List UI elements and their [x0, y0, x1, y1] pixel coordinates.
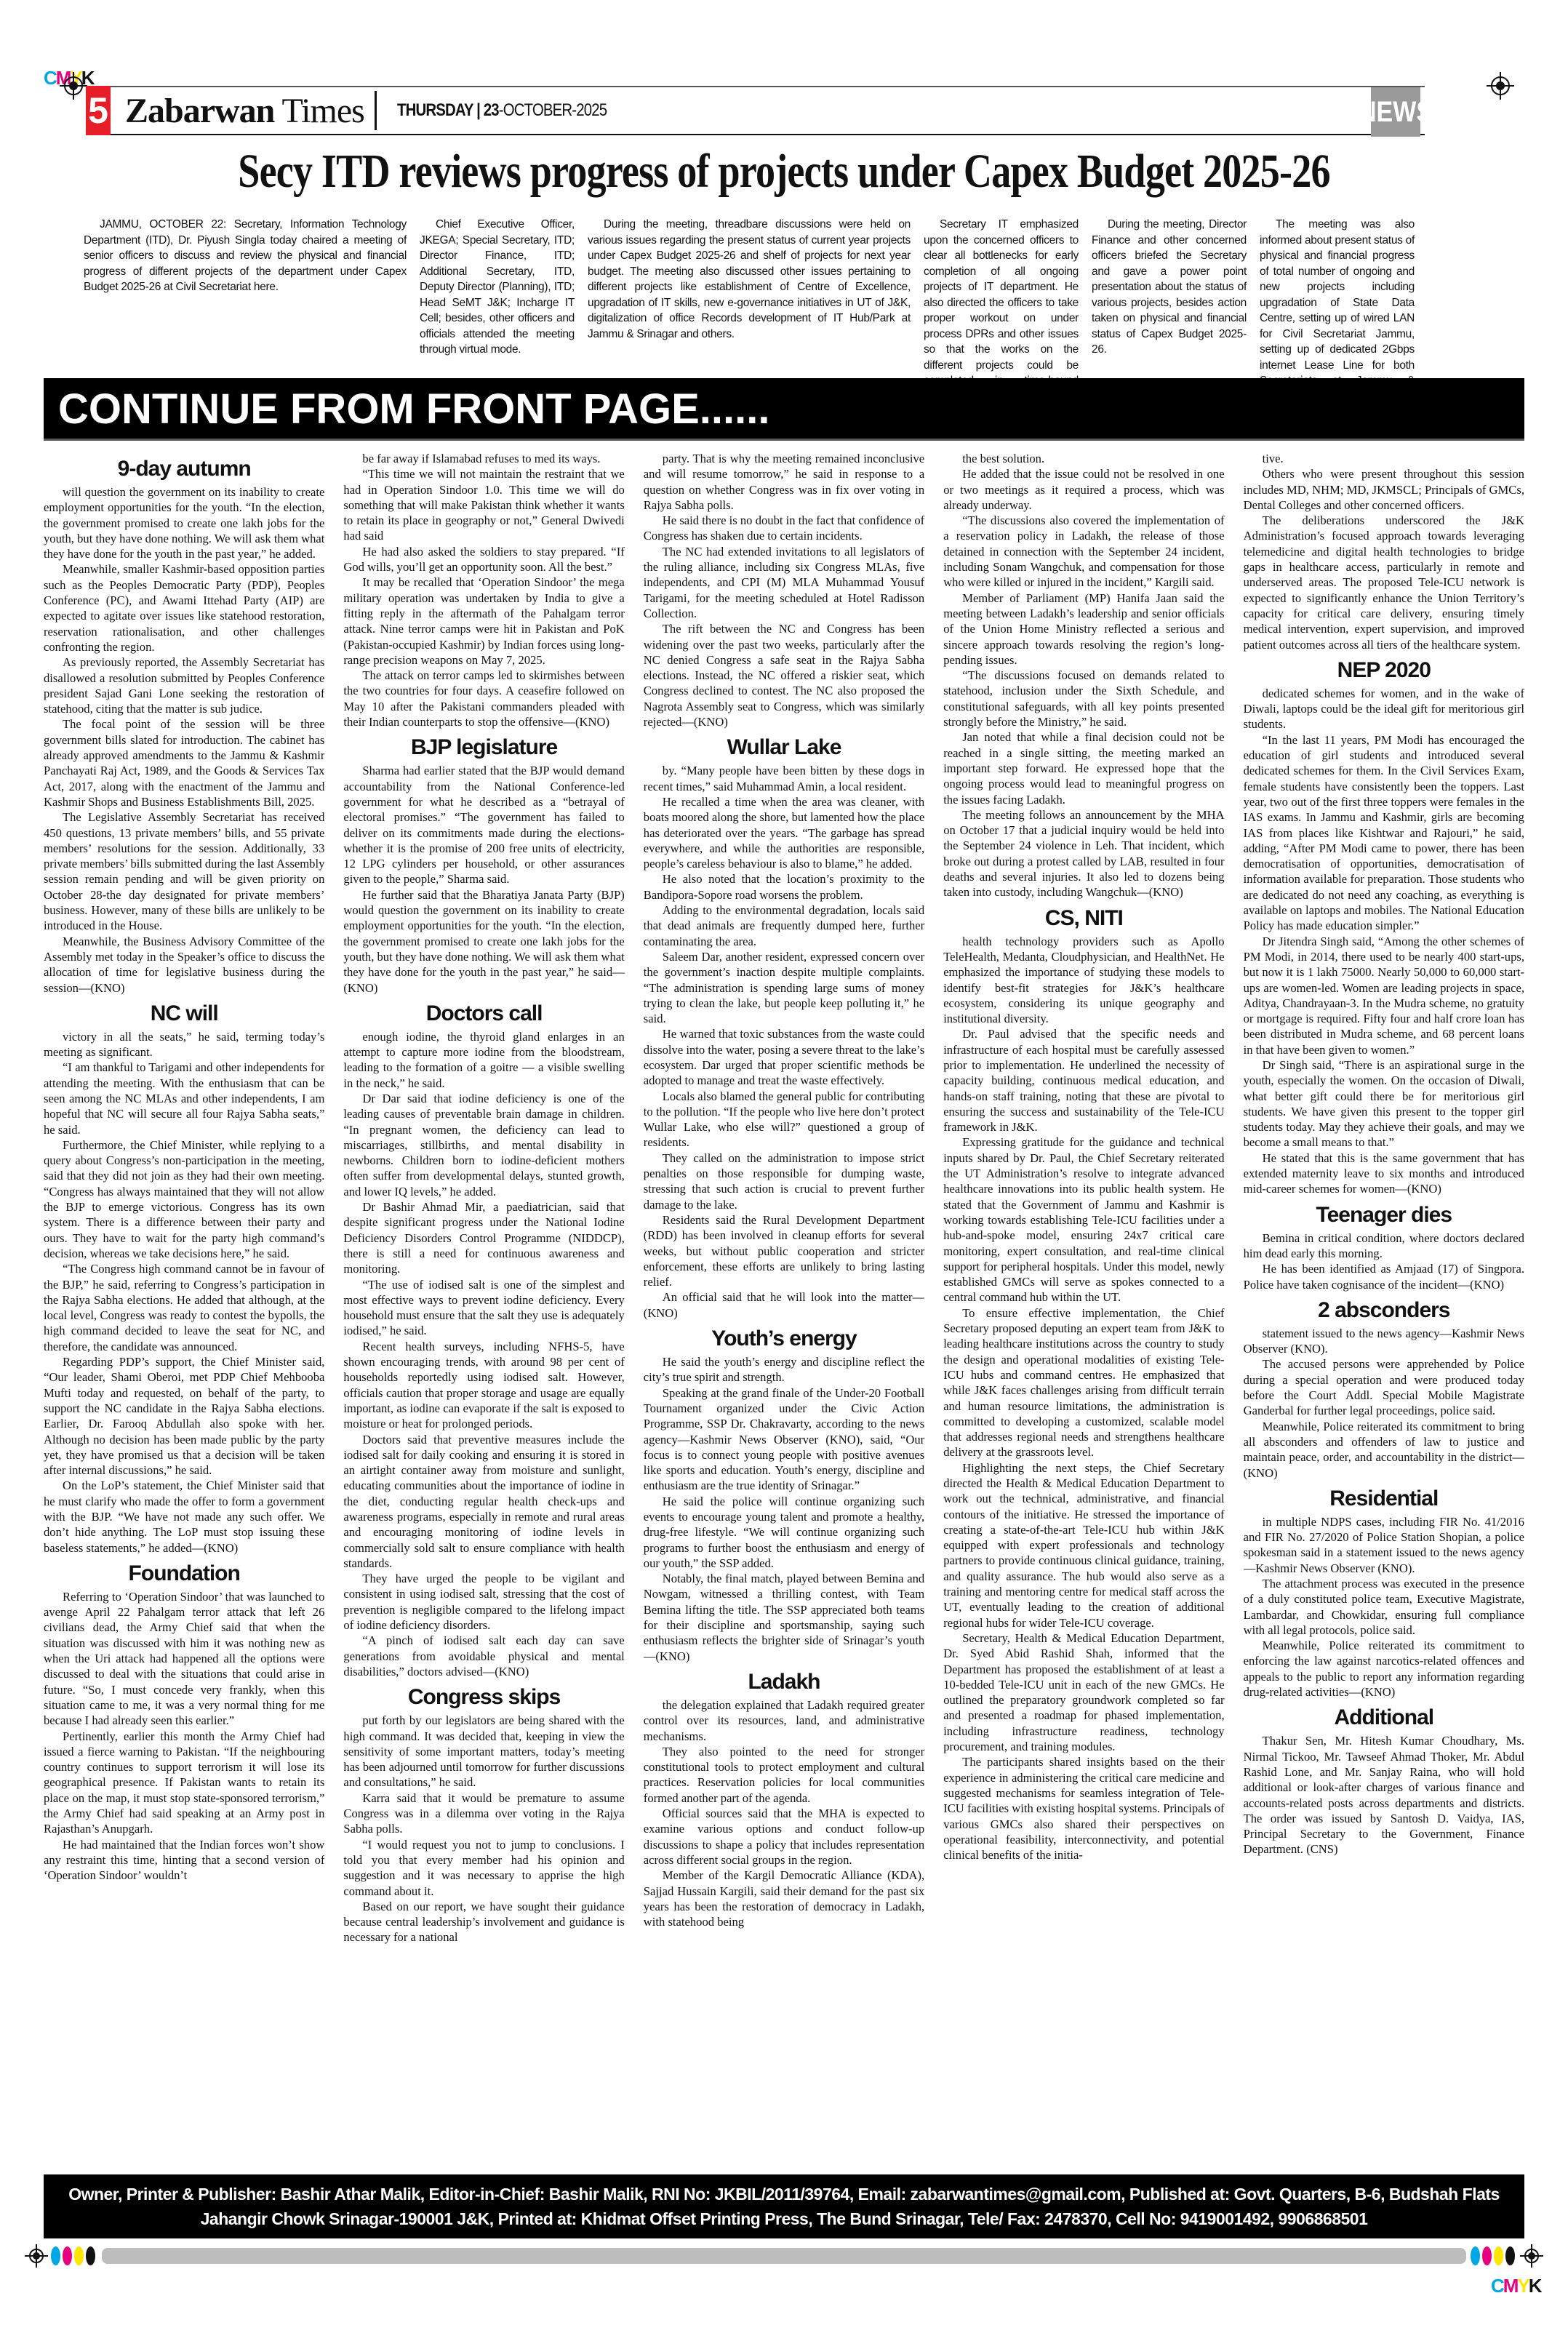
- story-heading: Doctors call: [343, 1001, 624, 1026]
- story-paragraph: enough iodine, the thyroid gland enlarge…: [343, 1029, 624, 1091]
- column-1: 9-day autumnwill question the government…: [44, 451, 324, 2171]
- story-paragraph: He added that the issue could not be res…: [943, 466, 1224, 513]
- story-paragraph: As previously reported, the Assembly Sec…: [44, 655, 324, 716]
- story-paragraph: They called on the administration to imp…: [644, 1151, 924, 1212]
- story-paragraph: tive.: [1244, 451, 1524, 466]
- newspaper-logo: Zabarwan Times: [125, 91, 364, 131]
- column-3: party. That is why the meeting remained …: [644, 451, 924, 2171]
- story-paragraph: He recalled a time when the area was cle…: [644, 794, 924, 871]
- story-paragraph: “I would request you not to jump to conc…: [343, 1837, 624, 1899]
- story-heading: Ladakh: [644, 1670, 924, 1694]
- story-paragraph: Dr Jitendra Singh said, “Among the other…: [1244, 934, 1524, 1057]
- black-swatch: [1505, 2246, 1515, 2265]
- column-4: the best solution.He added that the issu…: [943, 451, 1224, 2171]
- registration-mark-icon: [29, 2249, 44, 2263]
- story-paragraph: Residents said the Rural Development Dep…: [644, 1212, 924, 1289]
- imprint-footer: Owner, Printer & Publisher: Bashir Athar…: [44, 2174, 1524, 2238]
- story-paragraph: The meeting follows an announcement by t…: [943, 807, 1224, 900]
- story-heading: Congress skips: [343, 1685, 624, 1710]
- story-heading: Residential: [1244, 1486, 1524, 1511]
- yellow-swatch: [74, 2246, 84, 2265]
- story-paragraph: He said the youth’s energy and disciplin…: [644, 1354, 924, 1385]
- cmyk-k: K: [1529, 2275, 1541, 2297]
- cmyk-y: Y: [1517, 2275, 1528, 2297]
- story-heading: Wullar Lake: [644, 735, 924, 760]
- black-swatch: [86, 2246, 95, 2265]
- story-paragraph: Locals also blamed the general public fo…: [644, 1089, 924, 1151]
- story-paragraph: health technology providers such as Apol…: [943, 934, 1224, 1027]
- print-color-bar: [29, 2246, 1539, 2266]
- story-paragraph: Official sources said that the MHA is ex…: [644, 1806, 924, 1868]
- registration-mark-icon: [1491, 76, 1510, 95]
- dateline-month-year: -OCTOBER-2025: [499, 100, 607, 120]
- story-paragraph: the delegation explained that Ladakh req…: [644, 1697, 924, 1744]
- story-paragraph: Karra said that it would be premature to…: [343, 1790, 624, 1837]
- story-paragraph: Member of the Kargil Democratic Alliance…: [644, 1868, 924, 1929]
- story-paragraph: Notably, the final match, played between…: [644, 1571, 924, 1664]
- story-paragraph: party. That is why the meeting remained …: [644, 451, 924, 513]
- story-paragraph: dedicated schemes for women, and in the …: [1244, 686, 1524, 732]
- story-paragraph: He said the police will continue organiz…: [644, 1494, 924, 1571]
- story-heading: BJP legislature: [343, 735, 624, 760]
- story-paragraph: will question the government on its inab…: [44, 484, 324, 561]
- story-paragraph: To ensure effective implementation, the …: [943, 1305, 1224, 1460]
- yellow-swatch: [1494, 2246, 1503, 2265]
- registration-mark-icon: [64, 76, 83, 95]
- column-5: tive.Others who were present throughout …: [1244, 451, 1524, 2171]
- story-heading: 2 absconders: [1244, 1298, 1524, 1323]
- story-paragraph: Sharma had earlier stated that the BJP w…: [343, 763, 624, 887]
- story-paragraph: “A pinch of iodised salt each day can sa…: [343, 1633, 624, 1679]
- story-paragraph: the best solution.: [943, 451, 1224, 466]
- story-heading: 9-day autumn: [44, 457, 324, 481]
- story-paragraph: “The discussions also covered the implem…: [943, 513, 1224, 590]
- story-paragraph: Member of Parliament (MP) Hanifa Jaan sa…: [943, 591, 1224, 668]
- story-paragraph: by. “Many people have been bitten by the…: [644, 763, 924, 794]
- story-paragraph: The deliberations underscored the J&K Ad…: [1244, 513, 1524, 652]
- registration-mark-icon: [1524, 2249, 1539, 2263]
- story-paragraph: Speaking at the grand finale of the Unde…: [644, 1385, 924, 1494]
- story-paragraph: They have urged the people to be vigilan…: [343, 1571, 624, 1633]
- continued-stories: 9-day autumnwill question the government…: [44, 451, 1524, 2171]
- story-heading: CS, NITI: [943, 906, 1224, 931]
- magenta-swatch: [63, 2246, 72, 2265]
- story-paragraph: Meanwhile, smaller Kashmir-based opposit…: [44, 561, 324, 655]
- story-paragraph: put forth by our legislators are being s…: [343, 1713, 624, 1790]
- story-paragraph: Meanwhile, Police reiterated its commitm…: [1244, 1638, 1524, 1700]
- brand-name-light: Times: [274, 92, 364, 130]
- brand-name-bold: Zabarwan: [125, 92, 274, 130]
- gray-density-bar: [102, 2248, 1466, 2264]
- magenta-swatch: [1482, 2246, 1492, 2265]
- story-paragraph: The participants shared insights based o…: [943, 1754, 1224, 1862]
- page-number: 5: [86, 86, 111, 135]
- cmyk-color-label: CMYK: [1491, 2275, 1541, 2297]
- story-paragraph: Doctors said that preventive measures in…: [343, 1432, 624, 1572]
- story-paragraph: in multiple NDPS cases, including FIR No…: [1244, 1514, 1524, 1576]
- story-paragraph: Furthermore, the Chief Minister, while r…: [44, 1137, 324, 1261]
- story-paragraph: Secretary, Health & Medical Education De…: [943, 1630, 1224, 1754]
- story-paragraph: On the LoP’s statement, the Chief Minist…: [44, 1478, 324, 1555]
- story-paragraph: The attack on terror camps led to skirmi…: [343, 668, 624, 729]
- story-heading: NC will: [44, 1001, 324, 1026]
- story-paragraph: Jan noted that while a final decision co…: [943, 729, 1224, 807]
- story-heading: Foundation: [44, 1561, 324, 1586]
- story-paragraph: The focal point of the session will be t…: [44, 716, 324, 809]
- imprint-line-2: Jahangir Chowk Srinagar-190001 J&K, Prin…: [44, 2206, 1524, 2231]
- story-paragraph: Bemina in critical condition, where doct…: [1244, 1230, 1524, 1262]
- cmyk-c: C: [44, 67, 56, 89]
- story-paragraph: “The Congress high command cannot be in …: [44, 1261, 324, 1354]
- story-paragraph: Highlighting the next steps, the Chief S…: [943, 1460, 1224, 1630]
- story-paragraph: “The use of iodised salt is one of the s…: [343, 1277, 624, 1339]
- story-paragraph: He further said that the Bharatiya Janat…: [343, 887, 624, 996]
- cmyk-c: C: [1491, 2275, 1503, 2297]
- story-paragraph: “I am thankful to Tarigami and other ind…: [44, 1060, 324, 1137]
- section-tag: NEWS: [1371, 87, 1420, 137]
- story-paragraph: He had maintained that the Indian forces…: [44, 1837, 324, 1884]
- story-paragraph: Based on our report, we have sought thei…: [343, 1899, 624, 1945]
- story-paragraph: He also noted that the location’s proxim…: [644, 871, 924, 903]
- story-paragraph: They also pointed to the need for strong…: [644, 1744, 924, 1806]
- cyan-swatch: [1471, 2246, 1480, 2265]
- story-paragraph: “The discussions focused on demands rela…: [943, 668, 1224, 729]
- story-paragraph: An official said that he will look into …: [644, 1289, 924, 1321]
- story-paragraph: He warned that toxic substances from the…: [644, 1026, 924, 1088]
- story-paragraph: Recent health surveys, including NFHS-5,…: [343, 1339, 624, 1432]
- story-paragraph: Others who were present throughout this …: [1244, 466, 1524, 513]
- story-paragraph: The NC had extended invitations to all l…: [644, 544, 924, 621]
- story-paragraph: Dr. Paul advised that the specific needs…: [943, 1026, 1224, 1135]
- story-heading: Youth’s energy: [644, 1326, 924, 1351]
- dateline-date-number: 23: [484, 100, 499, 120]
- story-paragraph: statement issued to the news agency—Kash…: [1244, 1326, 1524, 1357]
- masthead: 5 Zabarwan Times THURSDAY | 23-OCTOBER-2…: [86, 86, 1425, 135]
- lead-headline: Secy ITD reviews progress of projects un…: [141, 144, 1427, 199]
- story-heading: Teenager dies: [1244, 1203, 1524, 1228]
- story-paragraph: Referring to ‘Operation Sindoor’ that wa…: [44, 1589, 324, 1729]
- story-paragraph: Dr Bashir Ahmad Mir, a paediatrician, sa…: [343, 1199, 624, 1276]
- story-heading: NEP 2020: [1244, 658, 1524, 683]
- story-paragraph: The attachment process was executed in t…: [1244, 1576, 1524, 1638]
- story-paragraph: Dr Dar said that iodine deficiency is on…: [343, 1091, 624, 1199]
- column-2: be far away if Islamabad refuses to med …: [343, 451, 624, 2171]
- story-paragraph: be far away if Islamabad refuses to med …: [343, 451, 624, 466]
- story-paragraph: Regarding PDP’s support, the Chief Minis…: [44, 1354, 324, 1478]
- story-paragraph: Meanwhile, Police reiterated its commitm…: [1244, 1419, 1524, 1481]
- story-heading: Additional: [1244, 1705, 1524, 1730]
- story-paragraph: Meanwhile, the Business Advisory Committ…: [44, 934, 324, 996]
- story-paragraph: He had also asked the soldiers to stay p…: [343, 544, 624, 575]
- dateline: THURSDAY | 23-OCTOBER-2025: [397, 100, 607, 121]
- dateline-day: THURSDAY |: [397, 100, 484, 120]
- story-paragraph: victory in all the seats,” he said, term…: [44, 1029, 324, 1060]
- story-paragraph: Saleem Dar, another resident, expressed …: [644, 949, 924, 1026]
- story-paragraph: The rift between the NC and Congress has…: [644, 621, 924, 729]
- masthead-divider: [375, 91, 377, 130]
- cmyk-m: M: [1503, 2275, 1518, 2297]
- imprint-line-1: Owner, Printer & Publisher: Bashir Athar…: [44, 2182, 1524, 2206]
- story-paragraph: It may be recalled that ‘Operation Sindo…: [343, 575, 624, 668]
- story-paragraph: Pertinently, earlier this month the Army…: [44, 1729, 324, 1837]
- story-paragraph: The Legislative Assembly Secretariat has…: [44, 809, 324, 933]
- story-paragraph: He has been identified as Amjaad (17) of…: [1244, 1261, 1524, 1292]
- story-paragraph: He stated that this is the same governme…: [1244, 1151, 1524, 1197]
- story-paragraph: “In the last 11 years, PM Modi has encou…: [1244, 732, 1524, 934]
- story-paragraph: Expressing gratitude for the guidance an…: [943, 1135, 1224, 1305]
- story-paragraph: He said there is no doubt in the fact th…: [644, 513, 924, 544]
- story-paragraph: Thakur Sen, Mr. Hitesh Kumar Choudhary, …: [1244, 1733, 1524, 1857]
- story-paragraph: “This time we will not maintain the rest…: [343, 466, 624, 543]
- story-paragraph: Dr Singh said, “There is an aspirational…: [1244, 1057, 1524, 1151]
- continue-from-front-page-banner: CONTINUE FROM FRONT PAGE......: [44, 378, 1524, 441]
- story-paragraph: Adding to the environmental degradation,…: [644, 903, 924, 949]
- cyan-swatch: [51, 2246, 60, 2265]
- story-paragraph: The accused persons were apprehended by …: [1244, 1356, 1524, 1418]
